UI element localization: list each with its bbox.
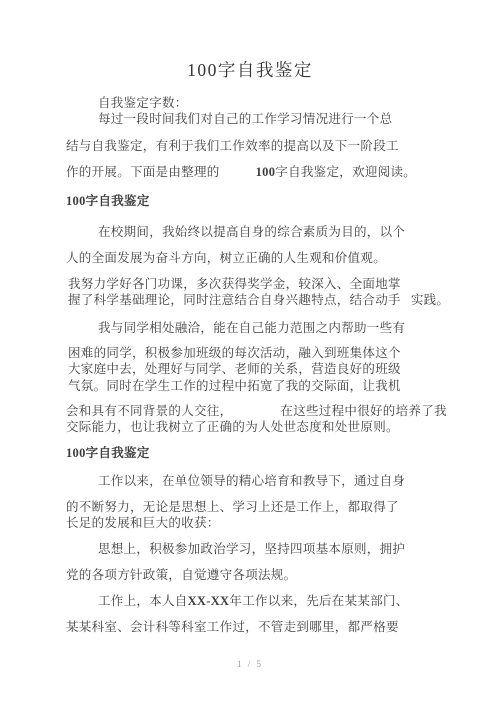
text-line: 握了科学基础理论，同时注意结合自身兴趣特点，结合动手实践。 xyxy=(68,293,449,308)
text-segment: 困难的同学，积极参加班级的每次活动，融入到班集体这个 xyxy=(68,346,401,360)
text-line: 大家庭中去，处理好与同学、老师的关系，营造良好的班级 xyxy=(68,362,401,377)
text-line: 在校期间，我始终以提高自身的综合素质为目的，以个 xyxy=(98,225,405,240)
text-segment: 气氛。同时在学生工作的过程中拓宽了我的交际面，让我机 xyxy=(68,379,401,393)
text-line: 作的开展。下面是由整理的100字自我鉴定，欢迎阅读。 xyxy=(66,165,416,180)
text-segment: 年工作以来，先后在某某部门、 xyxy=(229,594,408,608)
section-heading: 100字自我鉴定 xyxy=(66,446,150,461)
text-segment: 在校期间，我始终以提高自身的综合素质为目的，以个 xyxy=(98,225,405,239)
text-segment: 思想上，积极参加政治学习，坚持四项基本原则，拥护 xyxy=(98,542,405,556)
text-line: 工作上，本人自XX-XX年工作以来，先后在某某部门、 xyxy=(98,594,409,609)
text-segment: 每过一段时间我们对自己的工作学习情况进行一个总 xyxy=(98,112,392,126)
text-segment: 字自我鉴定，欢迎阅读。 xyxy=(275,165,416,179)
text-line: 某某科室、会计科等科室工作过，不管走到哪里，都严格要 xyxy=(66,620,399,635)
text-line: 思想上，积极参加政治学习，坚持四项基本原则，拥护 xyxy=(98,542,405,557)
text-segment: 结与自我鉴定，有利于我们工作效率的提高以及下一阶段工 xyxy=(66,139,399,153)
text-segment: 工作以来，在单位领导的精心培育和教导下，通过自身 xyxy=(98,474,405,488)
text-segment: XX-XX xyxy=(188,594,230,608)
text-segment: 握了科学基础理论，同时注意结合自身兴趣特点，结合动手 xyxy=(68,293,401,307)
page-number-indicator: 1 / 5 xyxy=(0,659,500,669)
text-line: 我与同学相处融洽，能在自己能力范围之内帮助一些有 xyxy=(98,321,405,336)
text-segment: 会和具有不同背景的人交往， xyxy=(66,404,232,418)
text-segment: 某某科室、会计科等科室工作过，不管走到哪里，都严格要 xyxy=(66,620,399,634)
text-line: 气氛。同时在学生工作的过程中拓宽了我的交际面，让我机 xyxy=(68,379,401,394)
text-segment: 自我鉴定字数： xyxy=(98,96,188,110)
text-gap xyxy=(232,414,280,415)
text-segment: 大家庭中去，处理好与同学、老师的关系，营造良好的班级 xyxy=(68,362,401,376)
text-segment: 人的全面发展为奋斗方向，树立正确的人生观和价值观。 xyxy=(66,251,386,265)
text-gap xyxy=(401,303,411,304)
text-segment: 100字自我鉴定 xyxy=(66,194,150,208)
text-line: 困难的同学，积极参加班级的每次活动，融入到班集体这个 xyxy=(68,346,401,361)
text-segment: 长足的发展和巨大的收获： xyxy=(66,516,220,530)
text-segment: 作的开展。下面是由整理的 xyxy=(66,165,220,179)
text-line: 每过一段时间我们对自己的工作学习情况进行一个总 xyxy=(98,112,392,127)
text-segment: 工作上，本人自 xyxy=(98,594,188,608)
document-page: 100字自我鉴定 自我鉴定字数：每过一段时间我们对自己的工作学习情况进行一个总结… xyxy=(0,0,500,708)
text-segment: 在这些过程中很好的培养了我 xyxy=(280,404,446,418)
text-segment: 党的各项方针政策，自觉遵守各项法规。 xyxy=(66,568,296,582)
text-line: 党的各项方针政策，自觉遵守各项法规。 xyxy=(66,568,296,583)
text-segment: 100 xyxy=(256,165,276,179)
text-line: 长足的发展和巨大的收获： xyxy=(66,516,220,531)
text-line: 工作以来，在单位领导的精心培育和教导下，通过自身 xyxy=(98,474,405,489)
text-segment: 交际能力，也让我树立了正确的为人处世态度和处世原则。 xyxy=(66,420,399,434)
text-segment: 我努力学好各门功课，多次获得奖学金，较深入、全面地掌 xyxy=(68,277,401,291)
page-title: 100字自我鉴定 xyxy=(0,57,500,82)
text-line: 人的全面发展为奋斗方向，树立正确的人生观和价值观。 xyxy=(66,251,386,266)
text-line: 我努力学好各门功课，多次获得奖学金，较深入、全面地掌 xyxy=(68,277,401,292)
text-line: 自我鉴定字数： xyxy=(98,96,188,111)
text-segment: 我与同学相处融洽，能在自己能力范围之内帮助一些有 xyxy=(98,321,405,335)
text-segment: 实践。 xyxy=(411,293,449,307)
text-line: 交际能力，也让我树立了正确的为人处世态度和处世原则。 xyxy=(66,420,399,435)
section-heading: 100字自我鉴定 xyxy=(66,194,150,209)
text-gap xyxy=(220,175,256,176)
text-segment: 的不断努力，无论是思想上、学习上还是工作上，都取得了 xyxy=(66,500,399,514)
text-line: 会和具有不同背景的人交往，在这些过程中很好的培养了我 xyxy=(66,404,447,419)
text-line: 的不断努力，无论是思想上、学习上还是工作上，都取得了 xyxy=(66,500,399,515)
text-segment: 100字自我鉴定 xyxy=(66,446,150,460)
text-line: 结与自我鉴定，有利于我们工作效率的提高以及下一阶段工 xyxy=(66,139,399,154)
